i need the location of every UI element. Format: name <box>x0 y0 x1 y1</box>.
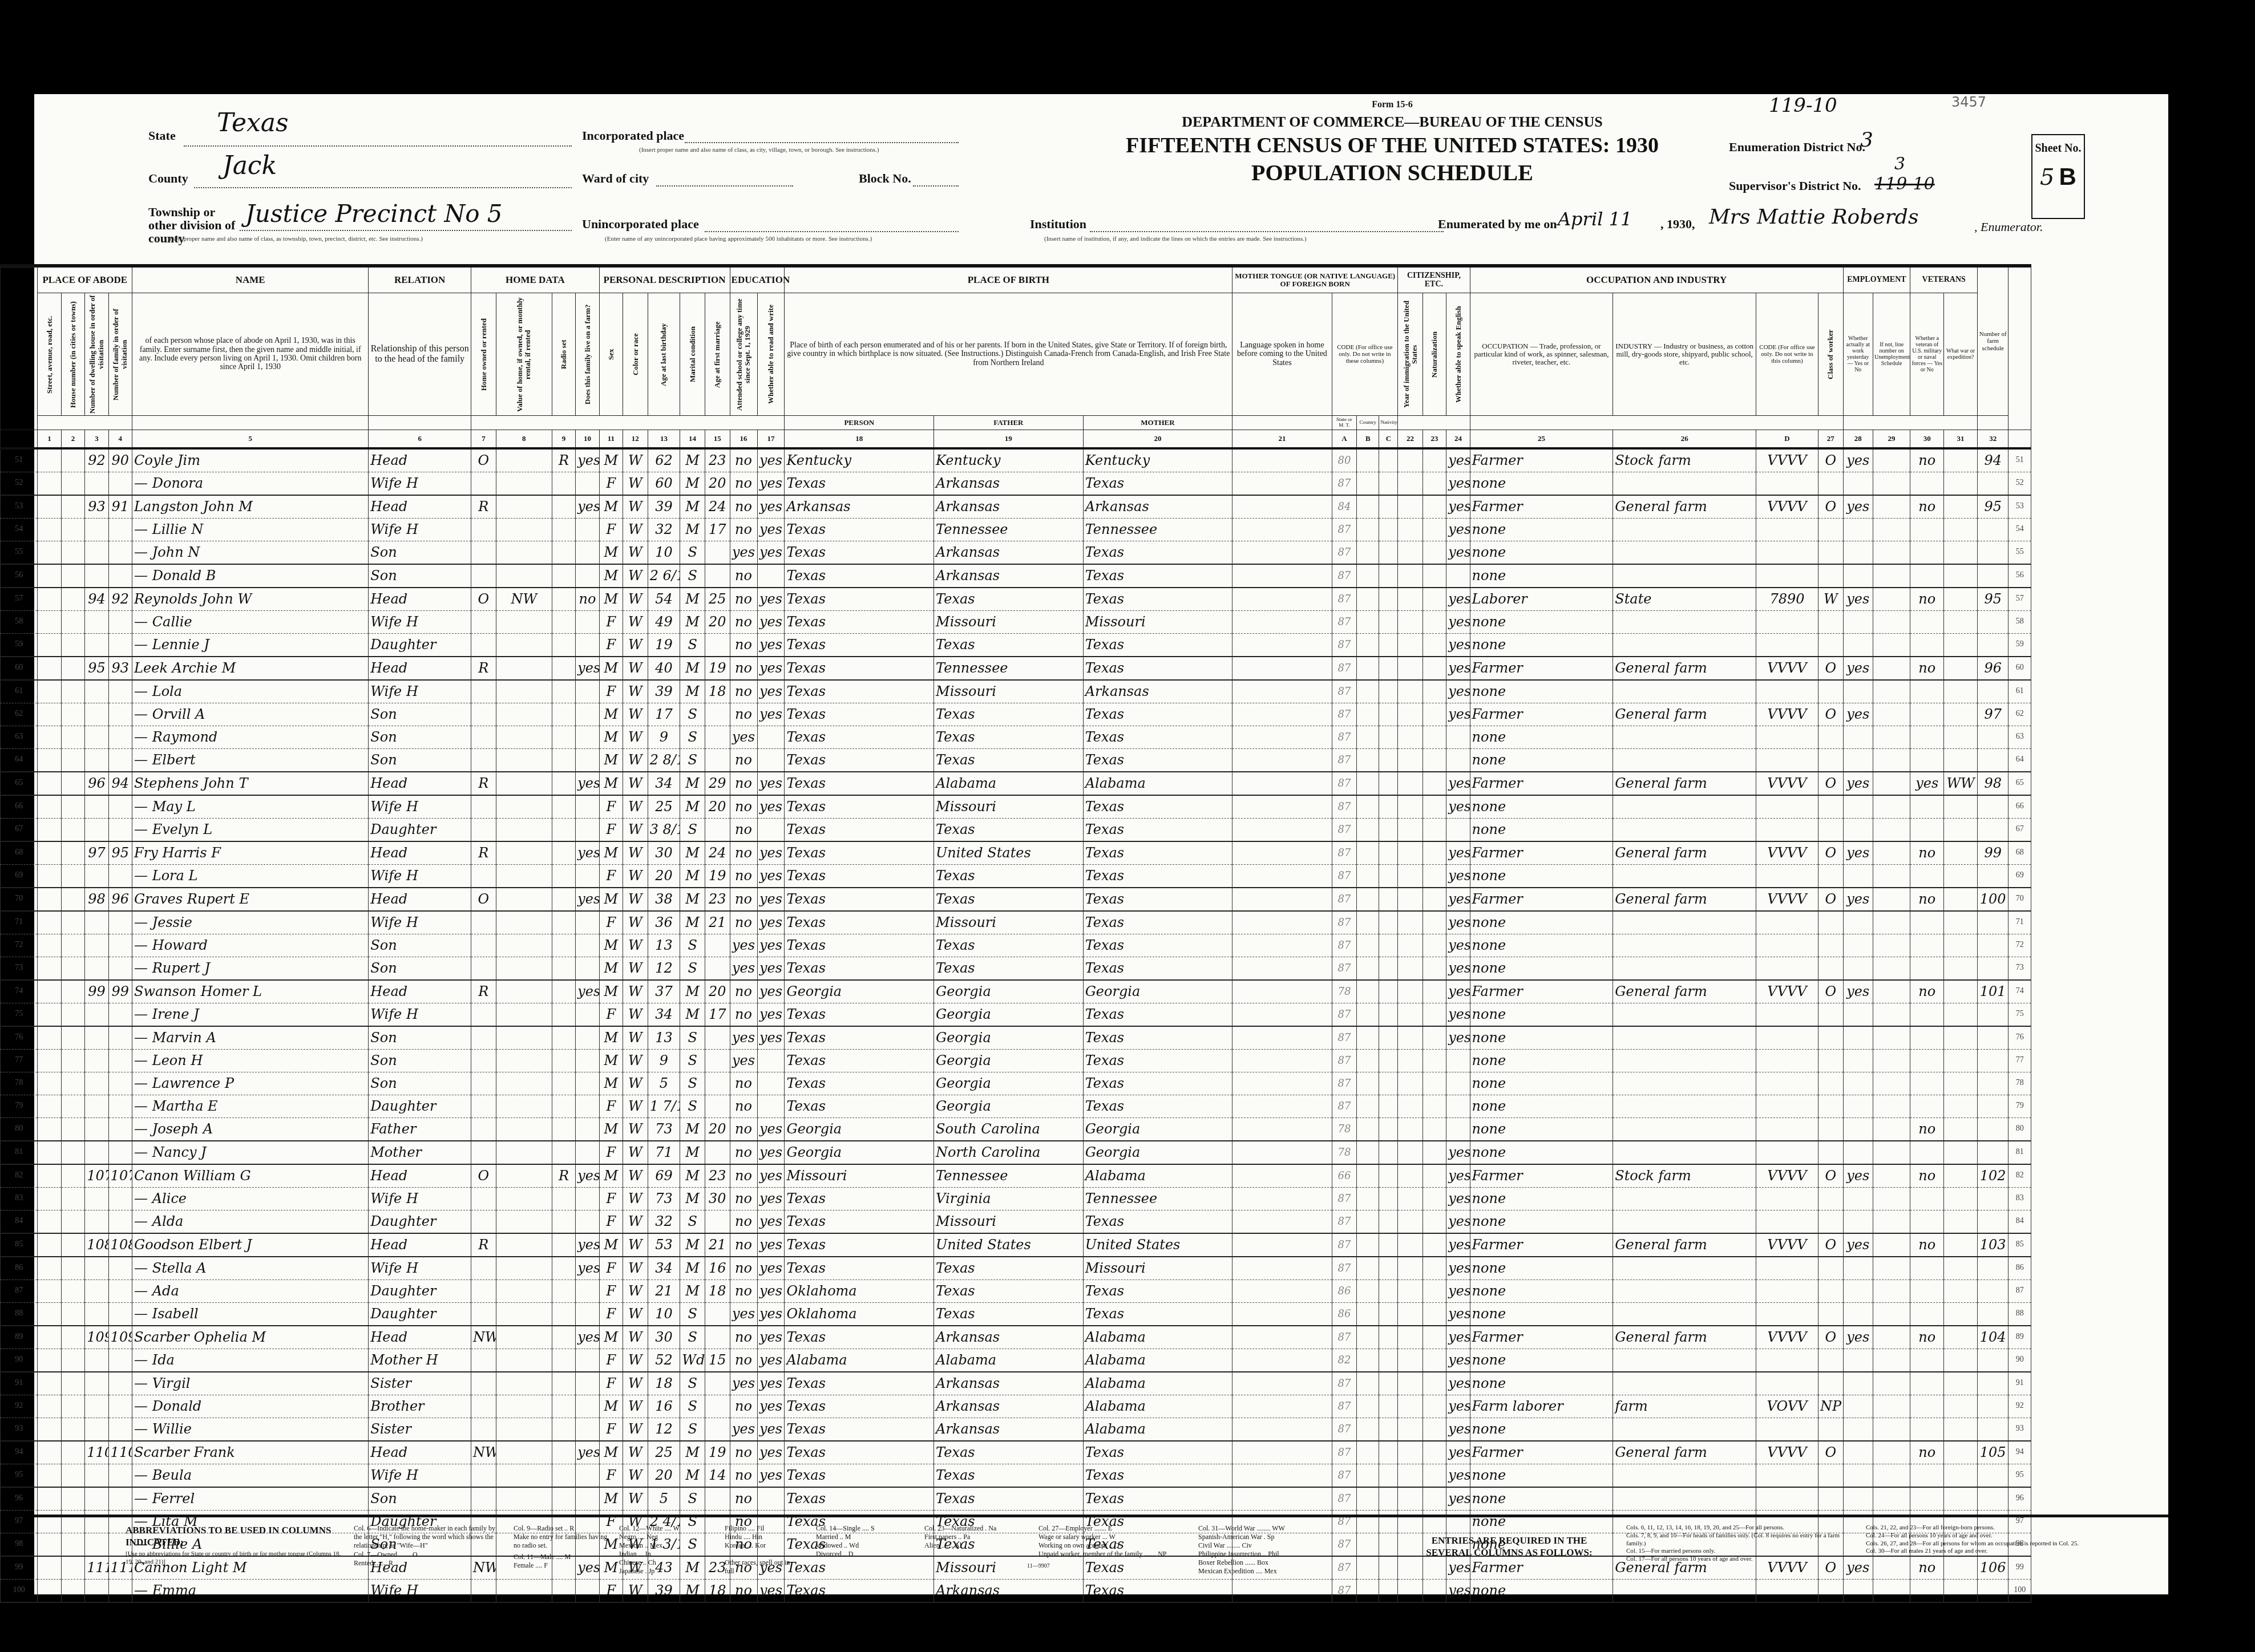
birthplace-person: Texas <box>785 841 934 865</box>
class-of-worker: O <box>1818 1441 1843 1464</box>
age-first-marriage <box>705 633 730 657</box>
code-nativity <box>1379 980 1398 1003</box>
unemployment-line <box>1873 1302 1910 1326</box>
read-write: yes <box>757 1372 785 1395</box>
house-number-cell <box>61 518 84 541</box>
enumerator-name: Mrs Mattie Roberds <box>1709 205 1918 229</box>
birthplace-person: Texas <box>785 1441 934 1464</box>
industry <box>1613 911 1756 934</box>
class-of-worker: NP <box>1818 1395 1843 1418</box>
line-number: 71 <box>1 911 38 934</box>
industry: General farm <box>1613 772 1756 795</box>
industry <box>1613 1003 1756 1026</box>
marital-status: M <box>680 795 705 819</box>
language-cell <box>1232 1441 1332 1464</box>
dwelling-number: 108 <box>85 1233 108 1257</box>
at-work <box>1843 864 1873 888</box>
farm <box>576 1349 599 1372</box>
occupation-code <box>1756 934 1818 957</box>
family-number <box>108 1026 132 1050</box>
group-personal: PERSONAL DESCRIPTION <box>599 268 730 293</box>
home-value <box>496 841 552 865</box>
farm-schedule-number <box>1978 1095 2009 1117</box>
race: W <box>623 1487 648 1511</box>
immigration-year <box>1398 1117 1423 1141</box>
farm: yes <box>576 841 599 865</box>
birthplace-mother: Alabama <box>1083 1418 1232 1441</box>
line-number: 97 <box>1 1510 38 1533</box>
sex: M <box>599 726 623 748</box>
immigration-year <box>1398 495 1423 519</box>
column-number: 27 <box>1818 430 1843 448</box>
birthplace-father: Arkansas <box>934 564 1084 588</box>
sex: M <box>599 657 623 680</box>
war <box>1944 1187 1978 1210</box>
class-of-worker <box>1818 911 1843 934</box>
abbrev-col14: Col. 14—Single .... S Married .. M Widow… <box>816 1524 907 1558</box>
occupation: none <box>1470 818 1613 841</box>
unemployment-line <box>1873 1003 1910 1026</box>
farm <box>576 610 599 633</box>
birthplace-person: Texas <box>785 588 934 611</box>
birthplace-person: Texas <box>785 564 934 588</box>
column-number: 19 <box>934 430 1084 448</box>
line-number: 95 <box>1 1464 38 1487</box>
relation: Son <box>369 1072 471 1095</box>
column-number: 18 <box>785 430 934 448</box>
age-first-marriage <box>705 1072 730 1095</box>
birthplace-father: Texas <box>934 633 1084 657</box>
language-cell <box>1232 726 1332 748</box>
veteran <box>1910 1095 1944 1117</box>
naturalization <box>1422 1003 1446 1026</box>
home-value <box>496 911 552 934</box>
read-write: yes <box>757 1441 785 1464</box>
street-cell <box>38 1117 61 1141</box>
immigration-year <box>1398 841 1423 865</box>
code-country <box>1357 1579 1379 1602</box>
header-street: Street, avenue, road, etc. <box>38 293 61 416</box>
marital-status: S <box>680 633 705 657</box>
class-of-worker <box>1818 1026 1843 1050</box>
veteran <box>1910 818 1944 841</box>
at-work <box>1843 1095 1873 1117</box>
home-owned <box>471 1072 496 1095</box>
table-row: 78— Lawrence PSonMW5SnoTexasGeorgiaTexas… <box>1 1072 2031 1095</box>
immigration-year <box>1398 864 1423 888</box>
occupation: Farmer <box>1470 772 1613 795</box>
code-state: 87 <box>1332 1257 1357 1280</box>
immigration-year <box>1398 588 1423 611</box>
unemployment-line <box>1873 1026 1910 1050</box>
birthplace-father: South Carolina <box>934 1117 1084 1141</box>
line-number-right: 72 <box>2009 934 2031 957</box>
farm-schedule-number: 102 <box>1978 1164 2009 1188</box>
birthplace-person: Texas <box>785 934 934 957</box>
farm-schedule-number: 98 <box>1978 772 2009 795</box>
line-number-right: 52 <box>2009 472 2031 495</box>
home-owned <box>471 911 496 934</box>
farm: yes <box>576 1233 599 1257</box>
read-write: yes <box>757 472 785 495</box>
industry <box>1613 1095 1756 1117</box>
house-number-cell <box>61 864 84 888</box>
age-first-marriage <box>705 1210 730 1233</box>
language-cell <box>1232 1164 1332 1188</box>
farm-schedule-number: 94 <box>1978 448 2009 472</box>
at-work: yes <box>1843 1164 1873 1188</box>
birthplace-person: Texas <box>785 726 934 748</box>
speaks-english: yes <box>1446 518 1470 541</box>
family-number <box>108 541 132 564</box>
occupation: Farmer <box>1470 1441 1613 1464</box>
home-value <box>496 934 552 957</box>
radio-set <box>552 841 575 865</box>
sheet-number-box: Sheet No. 5B <box>2031 134 2085 219</box>
unemployment-line <box>1873 657 1910 680</box>
department-title: DEPARTMENT OF COMMERCE—BUREAU OF THE CEN… <box>1050 114 1735 131</box>
header-industry: INDUSTRY — Industry or business, as cott… <box>1613 293 1756 416</box>
abbrev-col11: Col. 11—Male .... M Female .... F <box>514 1553 611 1570</box>
code-state: 87 <box>1332 610 1357 633</box>
line-number-right: 74 <box>2009 980 2031 1003</box>
birthplace-father: Texas <box>934 1487 1084 1511</box>
speaks-english: yes <box>1446 888 1470 911</box>
code-state: 87 <box>1332 588 1357 611</box>
naturalization <box>1422 957 1446 980</box>
birthplace-father: Arkansas <box>934 495 1084 519</box>
house-number-cell <box>61 1164 84 1188</box>
war <box>1944 957 1978 980</box>
table-row: 76— Marvin ASonMW13SyesyesTexasGeorgiaTe… <box>1 1026 2031 1050</box>
occupation-code <box>1756 864 1818 888</box>
class-of-worker: O <box>1818 1233 1843 1257</box>
birthplace-person: Alabama <box>785 1349 934 1372</box>
at-work: yes <box>1843 1233 1873 1257</box>
age-first-marriage: 24 <box>705 841 730 865</box>
sex: F <box>599 1003 623 1026</box>
person-name: Graves Rupert E <box>132 888 369 911</box>
code-country <box>1357 1187 1379 1210</box>
line-number: 57 <box>1 588 38 611</box>
home-value <box>496 1233 552 1257</box>
home-value <box>496 1049 552 1072</box>
read-write: yes <box>757 588 785 611</box>
population-table: PLACE OF ABODE NAME RELATION HOME DATA P… <box>0 267 2031 1603</box>
line-number-right: 83 <box>2009 1187 2031 1210</box>
birthplace-mother: Texas <box>1083 1049 1232 1072</box>
occupation: none <box>1470 1003 1613 1026</box>
age: 73 <box>648 1117 680 1141</box>
birthplace-mother: Kentucky <box>1083 448 1232 472</box>
occupation-code <box>1756 1418 1818 1441</box>
age: 69 <box>648 1164 680 1188</box>
occupation-code: VVVV <box>1756 772 1818 795</box>
read-write: yes <box>757 864 785 888</box>
age-first-marriage: 16 <box>705 1257 730 1280</box>
relation: Head <box>369 495 471 519</box>
relation: Head <box>369 1233 471 1257</box>
class-of-worker <box>1818 795 1843 819</box>
marital-status: M <box>680 841 705 865</box>
street-cell <box>38 888 61 911</box>
birthplace-father: Arkansas <box>934 541 1084 564</box>
census-rows: 519290Coyle JimHeadORyesMW62M23noyesKent… <box>1 448 2031 1602</box>
table-row: 609593Leek Archie MHeadRyesMW40M19noyesT… <box>1 657 2031 680</box>
at-work: yes <box>1843 980 1873 1003</box>
language-cell <box>1232 1095 1332 1117</box>
family-number <box>108 633 132 657</box>
radio-set <box>552 1257 575 1280</box>
read-write: yes <box>757 911 785 934</box>
person-name: — Donald B <box>132 564 369 588</box>
birthplace-person: Texas <box>785 888 934 911</box>
birthplace-mother: Texas <box>1083 1280 1232 1302</box>
race: W <box>623 1257 648 1280</box>
occupation: none <box>1470 1049 1613 1072</box>
street-cell <box>38 657 61 680</box>
code-country <box>1357 588 1379 611</box>
code-country <box>1357 864 1379 888</box>
marital-status: M <box>680 1117 705 1141</box>
industry: General farm <box>1613 495 1756 519</box>
line-number-right: 70 <box>2009 888 2031 911</box>
line-number: 65 <box>1 772 38 795</box>
occupation: Farmer <box>1470 448 1613 472</box>
age-first-marriage <box>705 1395 730 1418</box>
age-first-marriage: 19 <box>705 1441 730 1464</box>
class-of-worker: O <box>1818 1326 1843 1349</box>
sex: F <box>599 1464 623 1487</box>
birthplace-father: Texas <box>934 748 1084 772</box>
veteran <box>1910 541 1944 564</box>
birthplace-person: Oklahoma <box>785 1280 934 1302</box>
sex: F <box>599 1302 623 1326</box>
immigration-year <box>1398 472 1423 495</box>
unemployment-line <box>1873 1395 1910 1418</box>
birthplace-person: Texas <box>785 657 934 680</box>
street-cell <box>38 1049 61 1072</box>
veteran: no <box>1910 495 1944 519</box>
dwelling-number <box>85 1464 108 1487</box>
age-first-marriage <box>705 818 730 841</box>
home-value <box>496 1395 552 1418</box>
language-cell <box>1232 1003 1332 1026</box>
marital-status: M <box>680 1257 705 1280</box>
birthplace-mother: Texas <box>1083 1487 1232 1511</box>
farm <box>576 1210 599 1233</box>
age: 18 <box>648 1372 680 1395</box>
abbreviations-footer: ABBREVIATIONS TO BE USED IN COLUMNS INDI… <box>34 1515 2168 1574</box>
street-cell <box>38 772 61 795</box>
race: W <box>623 795 648 819</box>
race: W <box>623 957 648 980</box>
family-number: 96 <box>108 888 132 911</box>
speaks-english: yes <box>1446 680 1470 703</box>
line-number-right: 88 <box>2009 1302 2031 1326</box>
dwelling-number <box>85 564 108 588</box>
class-of-worker: O <box>1818 495 1843 519</box>
speaks-english: yes <box>1446 1003 1470 1026</box>
family-number: 94 <box>108 772 132 795</box>
birthplace-person: Texas <box>785 1233 934 1257</box>
at-work <box>1843 726 1873 748</box>
line-number-right: 80 <box>2009 1117 2031 1141</box>
home-value <box>496 1579 552 1602</box>
radio-set <box>552 772 575 795</box>
age: 16 <box>648 1395 680 1418</box>
table-row: 80— Joseph AFatherMW73M20noyesGeorgiaSou… <box>1 1117 2031 1141</box>
class-of-worker <box>1818 1464 1843 1487</box>
family-number: 107 <box>108 1164 132 1188</box>
house-number-cell <box>61 726 84 748</box>
immigration-year <box>1398 541 1423 564</box>
marital-status: M <box>680 1579 705 1602</box>
line-number: 52 <box>1 472 38 495</box>
street-cell <box>38 1233 61 1257</box>
at-work <box>1843 1395 1873 1418</box>
age-first-marriage <box>705 957 730 980</box>
ward-label: Ward of city <box>582 171 649 186</box>
code-nativity <box>1379 1579 1398 1602</box>
radio-set <box>552 1302 575 1326</box>
code-nativity <box>1379 1187 1398 1210</box>
relation: Father <box>369 1117 471 1141</box>
speaks-english: yes <box>1446 1579 1470 1602</box>
house-number-cell <box>61 1187 84 1210</box>
sex: M <box>599 1233 623 1257</box>
occupation-code <box>1756 818 1818 841</box>
home-owned <box>471 564 496 588</box>
line-number: 100 <box>1 1579 38 1602</box>
radio-set <box>552 1049 575 1072</box>
code-nativity <box>1379 1395 1398 1418</box>
at-work <box>1843 1372 1873 1395</box>
code-country <box>1357 703 1379 726</box>
immigration-year <box>1398 1418 1423 1441</box>
street-cell <box>38 726 61 748</box>
unemployment-line <box>1873 472 1910 495</box>
attended-school: yes <box>730 1026 757 1050</box>
age: 49 <box>648 610 680 633</box>
birthplace-father: Georgia <box>934 1049 1084 1072</box>
birthplace-mother: Texas <box>1083 1302 1232 1326</box>
farm: yes <box>576 772 599 795</box>
birthplace-father: Texas <box>934 726 1084 748</box>
age-first-marriage <box>705 541 730 564</box>
naturalization <box>1422 841 1446 865</box>
occupation-code: VVVV <box>1756 657 1818 680</box>
table-row: 67— Evelyn LDaughterFW3 8/12SnoTexasTexa… <box>1 818 2031 841</box>
farm <box>576 1026 599 1050</box>
sex: M <box>599 1395 623 1418</box>
birthplace-father: United States <box>934 841 1084 865</box>
line-number: 63 <box>1 726 38 748</box>
farm-schedule-number <box>1978 748 2009 772</box>
occupation: Farmer <box>1470 1233 1613 1257</box>
occupation-code <box>1756 748 1818 772</box>
industry <box>1613 1280 1756 1302</box>
column-number: 3 <box>85 430 108 448</box>
age: 34 <box>648 1003 680 1026</box>
code-nativity <box>1379 1141 1398 1164</box>
table-row: 92— DonaldBrotherMW16SnoyesTexasArkansas… <box>1 1395 2031 1418</box>
home-value <box>496 1372 552 1395</box>
radio-set <box>552 1141 575 1164</box>
unemployment-line <box>1873 911 1910 934</box>
radio-set <box>552 1487 575 1511</box>
attended-school: no <box>730 1349 757 1372</box>
birthplace-father: Tennessee <box>934 1164 1084 1188</box>
code-country <box>1357 1026 1379 1050</box>
farm <box>576 1049 599 1072</box>
occupation-code: VVVV <box>1756 495 1818 519</box>
veteran <box>1910 518 1944 541</box>
column-number: 29 <box>1873 430 1910 448</box>
relation: Head <box>369 1326 471 1349</box>
industry <box>1613 541 1756 564</box>
naturalization <box>1422 772 1446 795</box>
table-row: 90— IdaMother HFW52Wd15noyesAlabamaAlaba… <box>1 1349 2031 1372</box>
unemployment-line <box>1873 888 1910 911</box>
veteran: no <box>1910 1233 1944 1257</box>
read-write: yes <box>757 1464 785 1487</box>
home-owned <box>471 1579 496 1602</box>
unemployment-line <box>1873 957 1910 980</box>
birthplace-mother: Texas <box>1083 1441 1232 1464</box>
language-cell <box>1232 1233 1332 1257</box>
line-number: 61 <box>1 680 38 703</box>
occupation: none <box>1470 957 1613 980</box>
race: W <box>623 1464 648 1487</box>
immigration-year <box>1398 818 1423 841</box>
abbrev-title: ABBREVIATIONS TO BE USED IN COLUMNS INDI… <box>126 1524 342 1549</box>
birthplace-person: Texas <box>785 703 934 726</box>
speaks-english: yes <box>1446 841 1470 865</box>
line-number-right: 77 <box>2009 1049 2031 1072</box>
birthplace-person: Texas <box>785 518 934 541</box>
language-cell <box>1232 957 1332 980</box>
sex: M <box>599 703 623 726</box>
farm-schedule-number <box>1978 541 2009 564</box>
street-cell <box>38 957 61 980</box>
war <box>1944 911 1978 934</box>
family-number <box>108 680 132 703</box>
birthplace-person: Texas <box>785 1579 934 1602</box>
home-value <box>496 1326 552 1349</box>
sex: F <box>599 633 623 657</box>
sex: M <box>599 564 623 588</box>
line-number: 77 <box>1 1049 38 1072</box>
person-name: Langston John M <box>132 495 369 519</box>
farm: yes <box>576 495 599 519</box>
sex: F <box>599 864 623 888</box>
at-work <box>1843 541 1873 564</box>
code-state: 87 <box>1332 657 1357 680</box>
language-cell <box>1232 657 1332 680</box>
street-cell <box>38 911 61 934</box>
column-number: 32 <box>1978 430 2009 448</box>
language-cell <box>1232 818 1332 841</box>
person-name: Swanson Homer L <box>132 980 369 1003</box>
home-value <box>496 1257 552 1280</box>
home-value <box>496 1441 552 1464</box>
colnum-blank <box>1 430 38 448</box>
naturalization <box>1422 1464 1446 1487</box>
relation: Son <box>369 1049 471 1072</box>
street-cell <box>38 703 61 726</box>
home-owned <box>471 934 496 957</box>
